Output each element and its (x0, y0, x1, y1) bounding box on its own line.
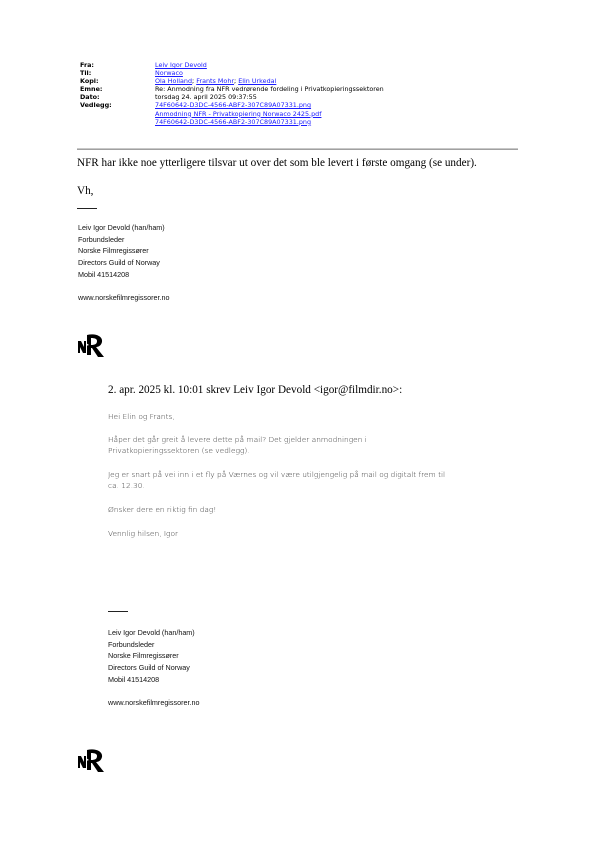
date-label: Dato: (80, 93, 155, 101)
cc-link[interactable]: Frants Mohr (196, 77, 234, 85)
reply-text: NFR har ikke noe ytterligere tilsvar ut … (77, 157, 477, 169)
quoted-intro: 2. apr. 2025 kl. 10:01 skrev Leiv Igor D… (108, 384, 402, 396)
quoted-paragraph: Håper det går greit å levere dette på ma… (108, 434, 428, 456)
signature-phone: Mobil 41514208 (78, 269, 169, 281)
from-label: Fra: (80, 61, 155, 69)
to-label: Til: (80, 69, 155, 77)
signature-name: Leiv Igor Devold (han/ham) (108, 627, 199, 639)
attachment-link[interactable]: Anmodning NFR - Privatkopiering Norwaco … (155, 110, 321, 118)
signature-title: Forbundsleder (78, 234, 169, 246)
signature-divider (108, 611, 128, 612)
signature-block: Leiv Igor Devold (han/ham) Forbundsleder… (108, 627, 199, 709)
signature-title: Forbundsleder (108, 639, 199, 651)
from-link[interactable]: Leiv Igor Devold (155, 61, 207, 69)
signature-divider (77, 208, 97, 209)
nfr-logo-icon (77, 748, 107, 774)
quoted-greeting: Hei Elin og Frants, (108, 411, 175, 422)
signature-website: www.norskefilmregissorer.no (108, 697, 199, 709)
quoted-paragraph: Ønsker dere en riktig fin dag! (108, 504, 216, 515)
reply-closing: Vh, (77, 185, 93, 197)
date-value: torsdag 24. april 2025 09:37:55 (155, 93, 384, 101)
cc-link[interactable]: Ola Holland (155, 77, 192, 85)
quoted-paragraph: Jeg er snart på vei inn i et fly på Værn… (108, 469, 448, 491)
nfr-logo-icon (77, 333, 107, 359)
subject-label: Emne: (80, 85, 155, 93)
signature-org: Norske Filmregissører (108, 650, 199, 662)
cc-link[interactable]: Elin Urkedal (238, 77, 276, 85)
attachment-link[interactable]: 74F60642-D3DC-4566-ABF2-307C89A07331.png (155, 101, 311, 109)
quoted-signoff: Vennlig hilsen, Igor (108, 528, 178, 539)
date-row: Dato: torsdag 24. april 2025 09:37:55 (80, 93, 384, 101)
signature-phone: Mobil 41514208 (108, 674, 199, 686)
signature-org: Norske Filmregissører (78, 245, 169, 257)
subject-row: Emne: Re: Anmodning fra NFR vedrørende f… (80, 85, 384, 93)
cc-label: Kopi: (80, 77, 155, 85)
signature-website: www.norskefilmregissorer.no (78, 292, 169, 304)
header-separator (77, 148, 518, 150)
to-link[interactable]: Norwaco (155, 69, 183, 77)
signature-block: Leiv Igor Devold (han/ham) Forbundsleder… (78, 222, 169, 304)
attachment-link[interactable]: 74F60642-D3DC-4566-ABF2-307C89A07331.png (155, 118, 311, 126)
attachments-label: Vedlegg: (80, 101, 155, 125)
attachments-row: Vedlegg: 74F60642-D3DC-4566-ABF2-307C89A… (80, 101, 384, 125)
cc-row: Kopi: Ola Holland; Frants Mohr; Elin Urk… (80, 77, 384, 85)
signature-name: Leiv Igor Devold (han/ham) (78, 222, 169, 234)
subject-value: Re: Anmodning fra NFR vedrørende fordeli… (155, 85, 384, 93)
signature-org-en: Directors Guild of Norway (78, 257, 169, 269)
from-row: Fra: Leiv Igor Devold (80, 61, 384, 69)
email-header: Fra: Leiv Igor Devold Til: Norwaco Kopi:… (80, 61, 384, 126)
signature-org-en: Directors Guild of Norway (108, 662, 199, 674)
to-row: Til: Norwaco (80, 69, 384, 77)
